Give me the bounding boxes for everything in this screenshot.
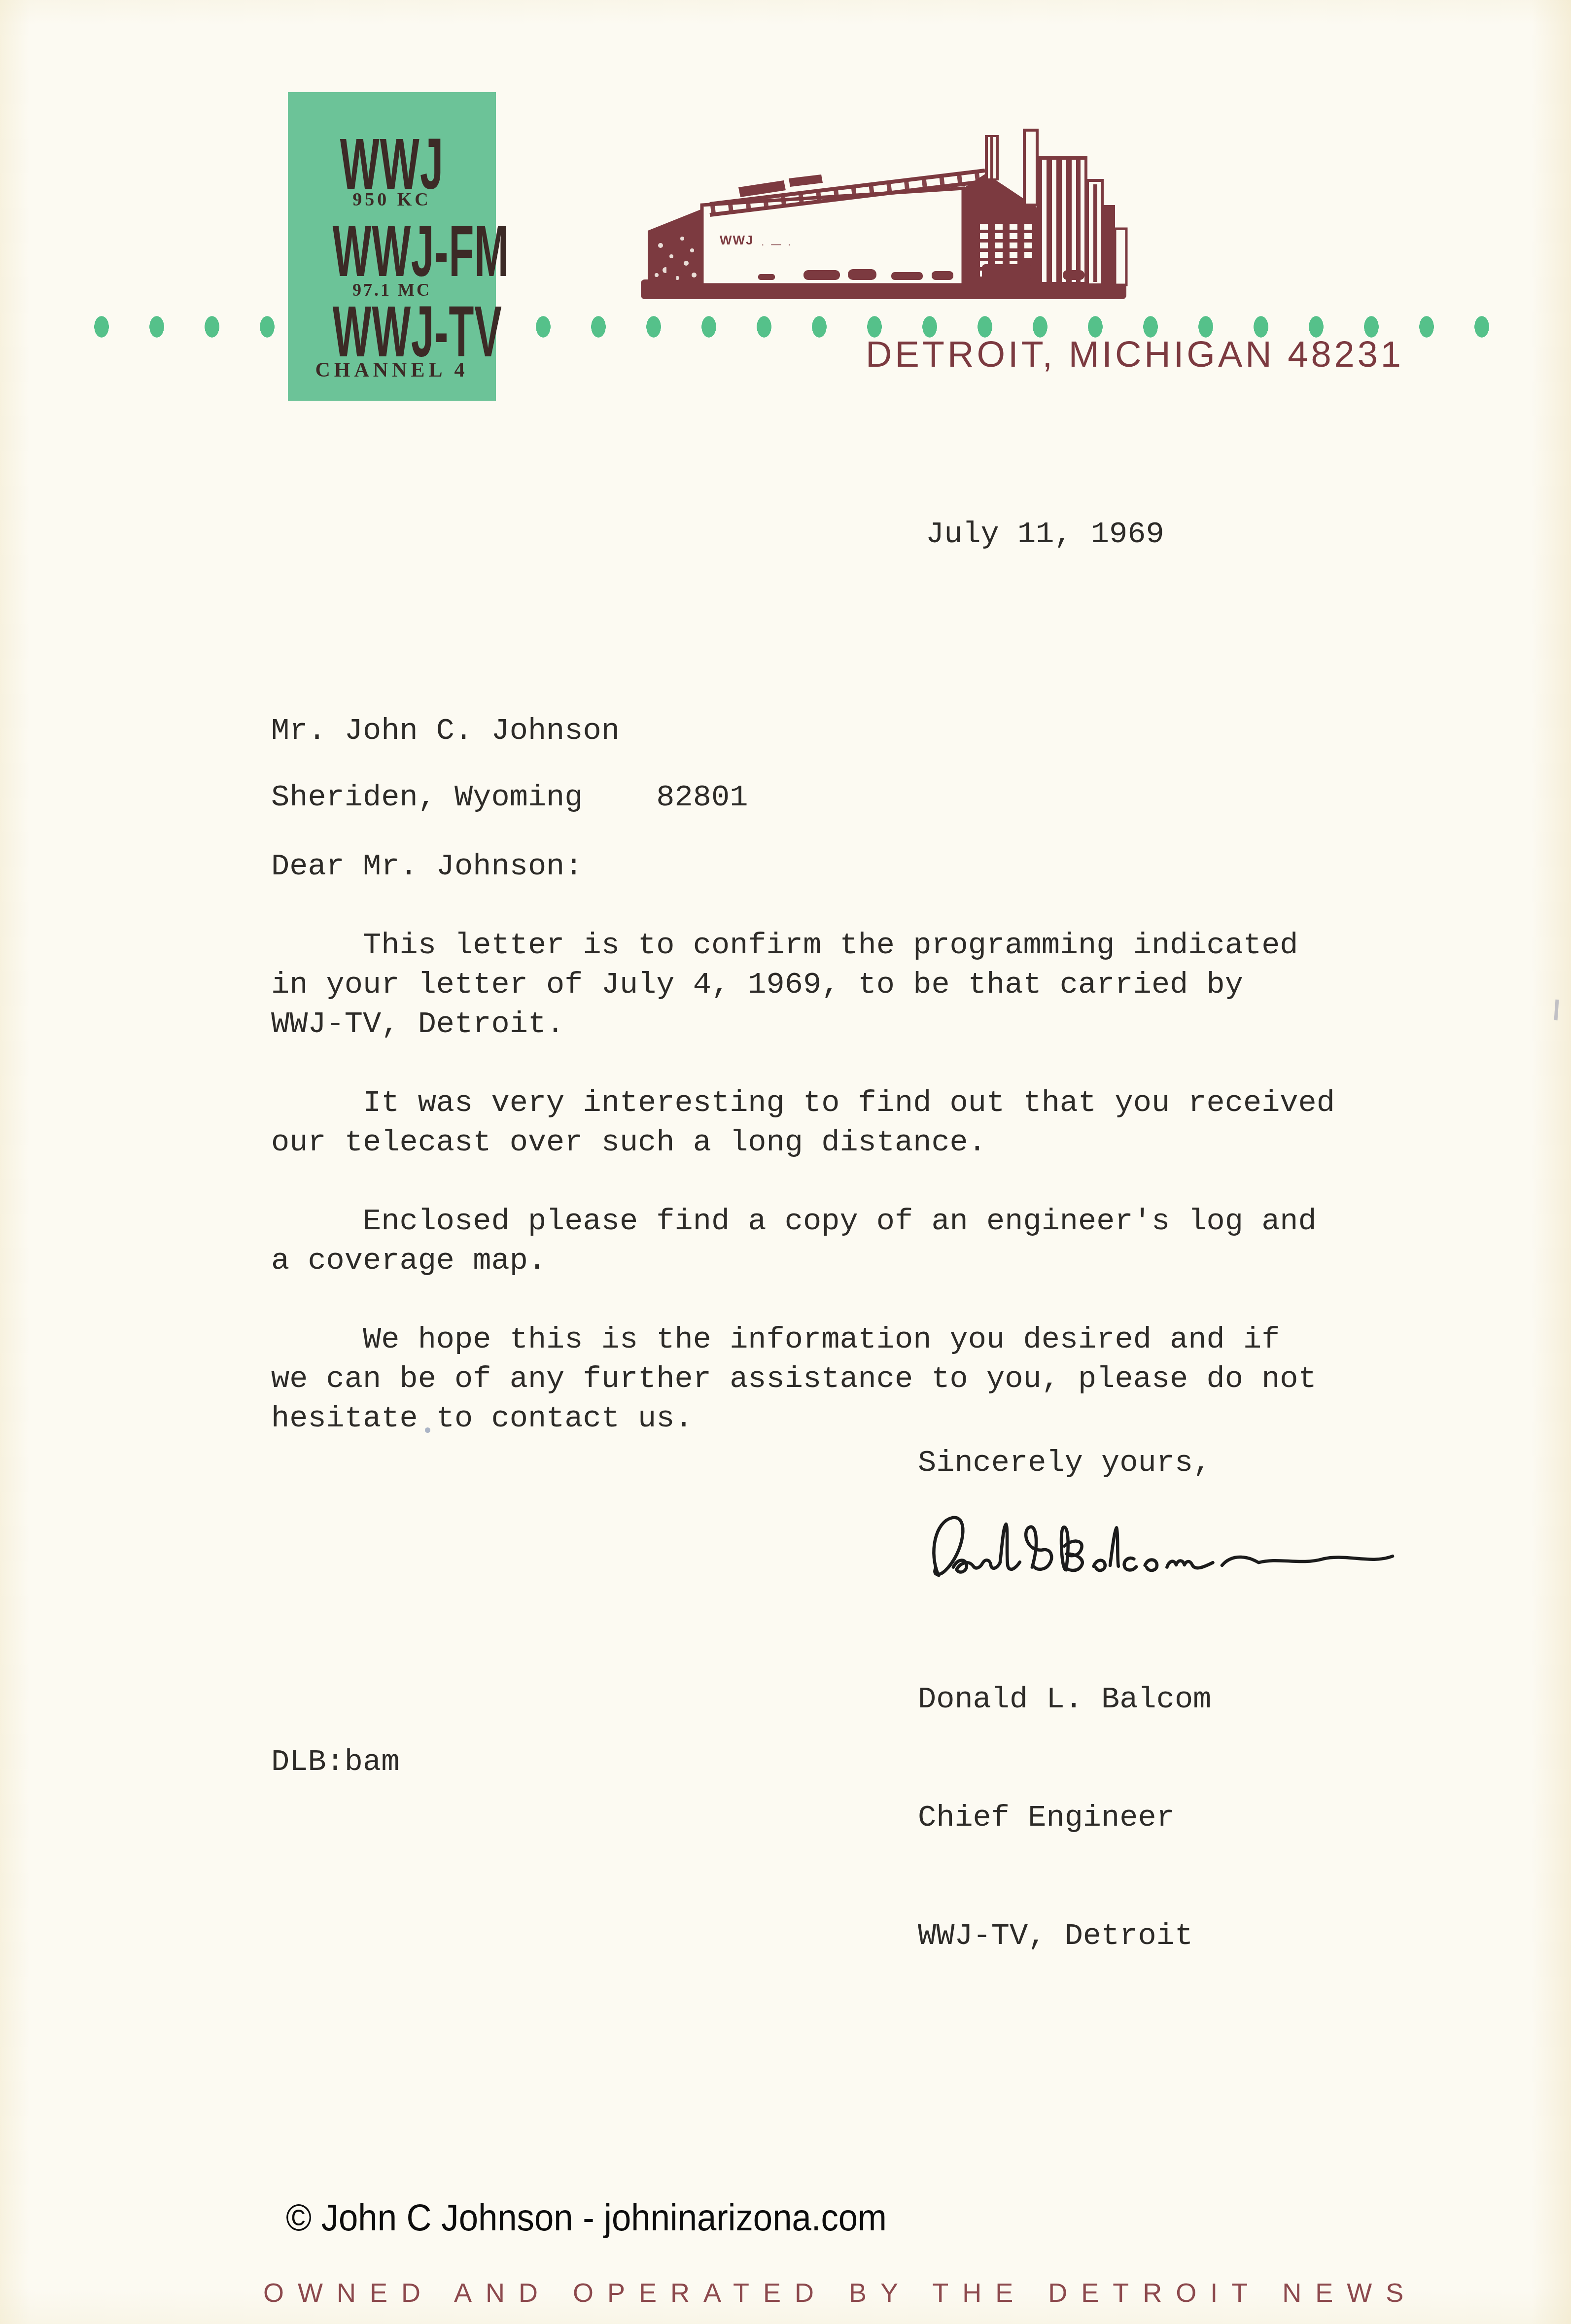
building-illustration: WWJ · — ·	[637, 127, 1130, 300]
letter-page: WWJ 950 KC WWJ-FM 97.1 MC WWJ-TV CHANNEL…	[0, 0, 1571, 2324]
signer-org: WWJ-TV, Detroit	[918, 1916, 1211, 1956]
signer-title: Chief Engineer	[918, 1798, 1211, 1838]
building-sign-text: WWJ	[720, 233, 754, 247]
rooftop-sign-right	[789, 174, 823, 187]
copyright-watermark: © John C Johnson - johninarizona.com	[286, 2196, 887, 2239]
tower-setback-2	[1102, 205, 1115, 285]
logo-tv-channel: CHANNEL 4	[288, 360, 496, 381]
recipient-name: Mr. John C. Johnson	[271, 711, 620, 751]
recipient-address: Sheriden, Wyoming 82801	[271, 778, 748, 817]
building-sign-marks: · — ·	[761, 239, 793, 250]
letter-body: This letter is to confirm the programmin…	[271, 926, 1335, 1438]
letterhead-address: DETROIT, MICHIGAN 48231	[866, 333, 1404, 375]
reference-initials: DLB:bam	[271, 1742, 399, 1782]
building-antenna-slab	[1024, 130, 1037, 205]
signature-block: Donald L. Balcom Chief Engineer WWJ-TV, …	[918, 1601, 1211, 2035]
stray-mark	[425, 1427, 430, 1433]
station-logo-panel: WWJ 950 KC WWJ-FM 97.1 MC WWJ-TV CHANNEL…	[288, 92, 496, 401]
tower-setback-3	[1115, 229, 1126, 285]
signer-name: Donald L. Balcom	[918, 1680, 1211, 1719]
ownership-line: OWNED AND OPERATED BY THE DETROIT NEWS	[263, 2278, 1417, 2308]
closing: Sincerely yours,	[918, 1443, 1211, 1483]
scan-edge-mark	[1554, 1000, 1559, 1020]
letter-date: July 11, 1969	[926, 515, 1164, 554]
signature	[892, 1498, 1427, 1597]
salutation: Dear Mr. Johnson:	[271, 847, 583, 886]
logo-wwj-tv: WWJ-TV	[333, 296, 452, 368]
logo-am-frequency: 950 KC	[288, 190, 496, 209]
logo-wwj-fm: WWJ-FM	[333, 215, 452, 287]
